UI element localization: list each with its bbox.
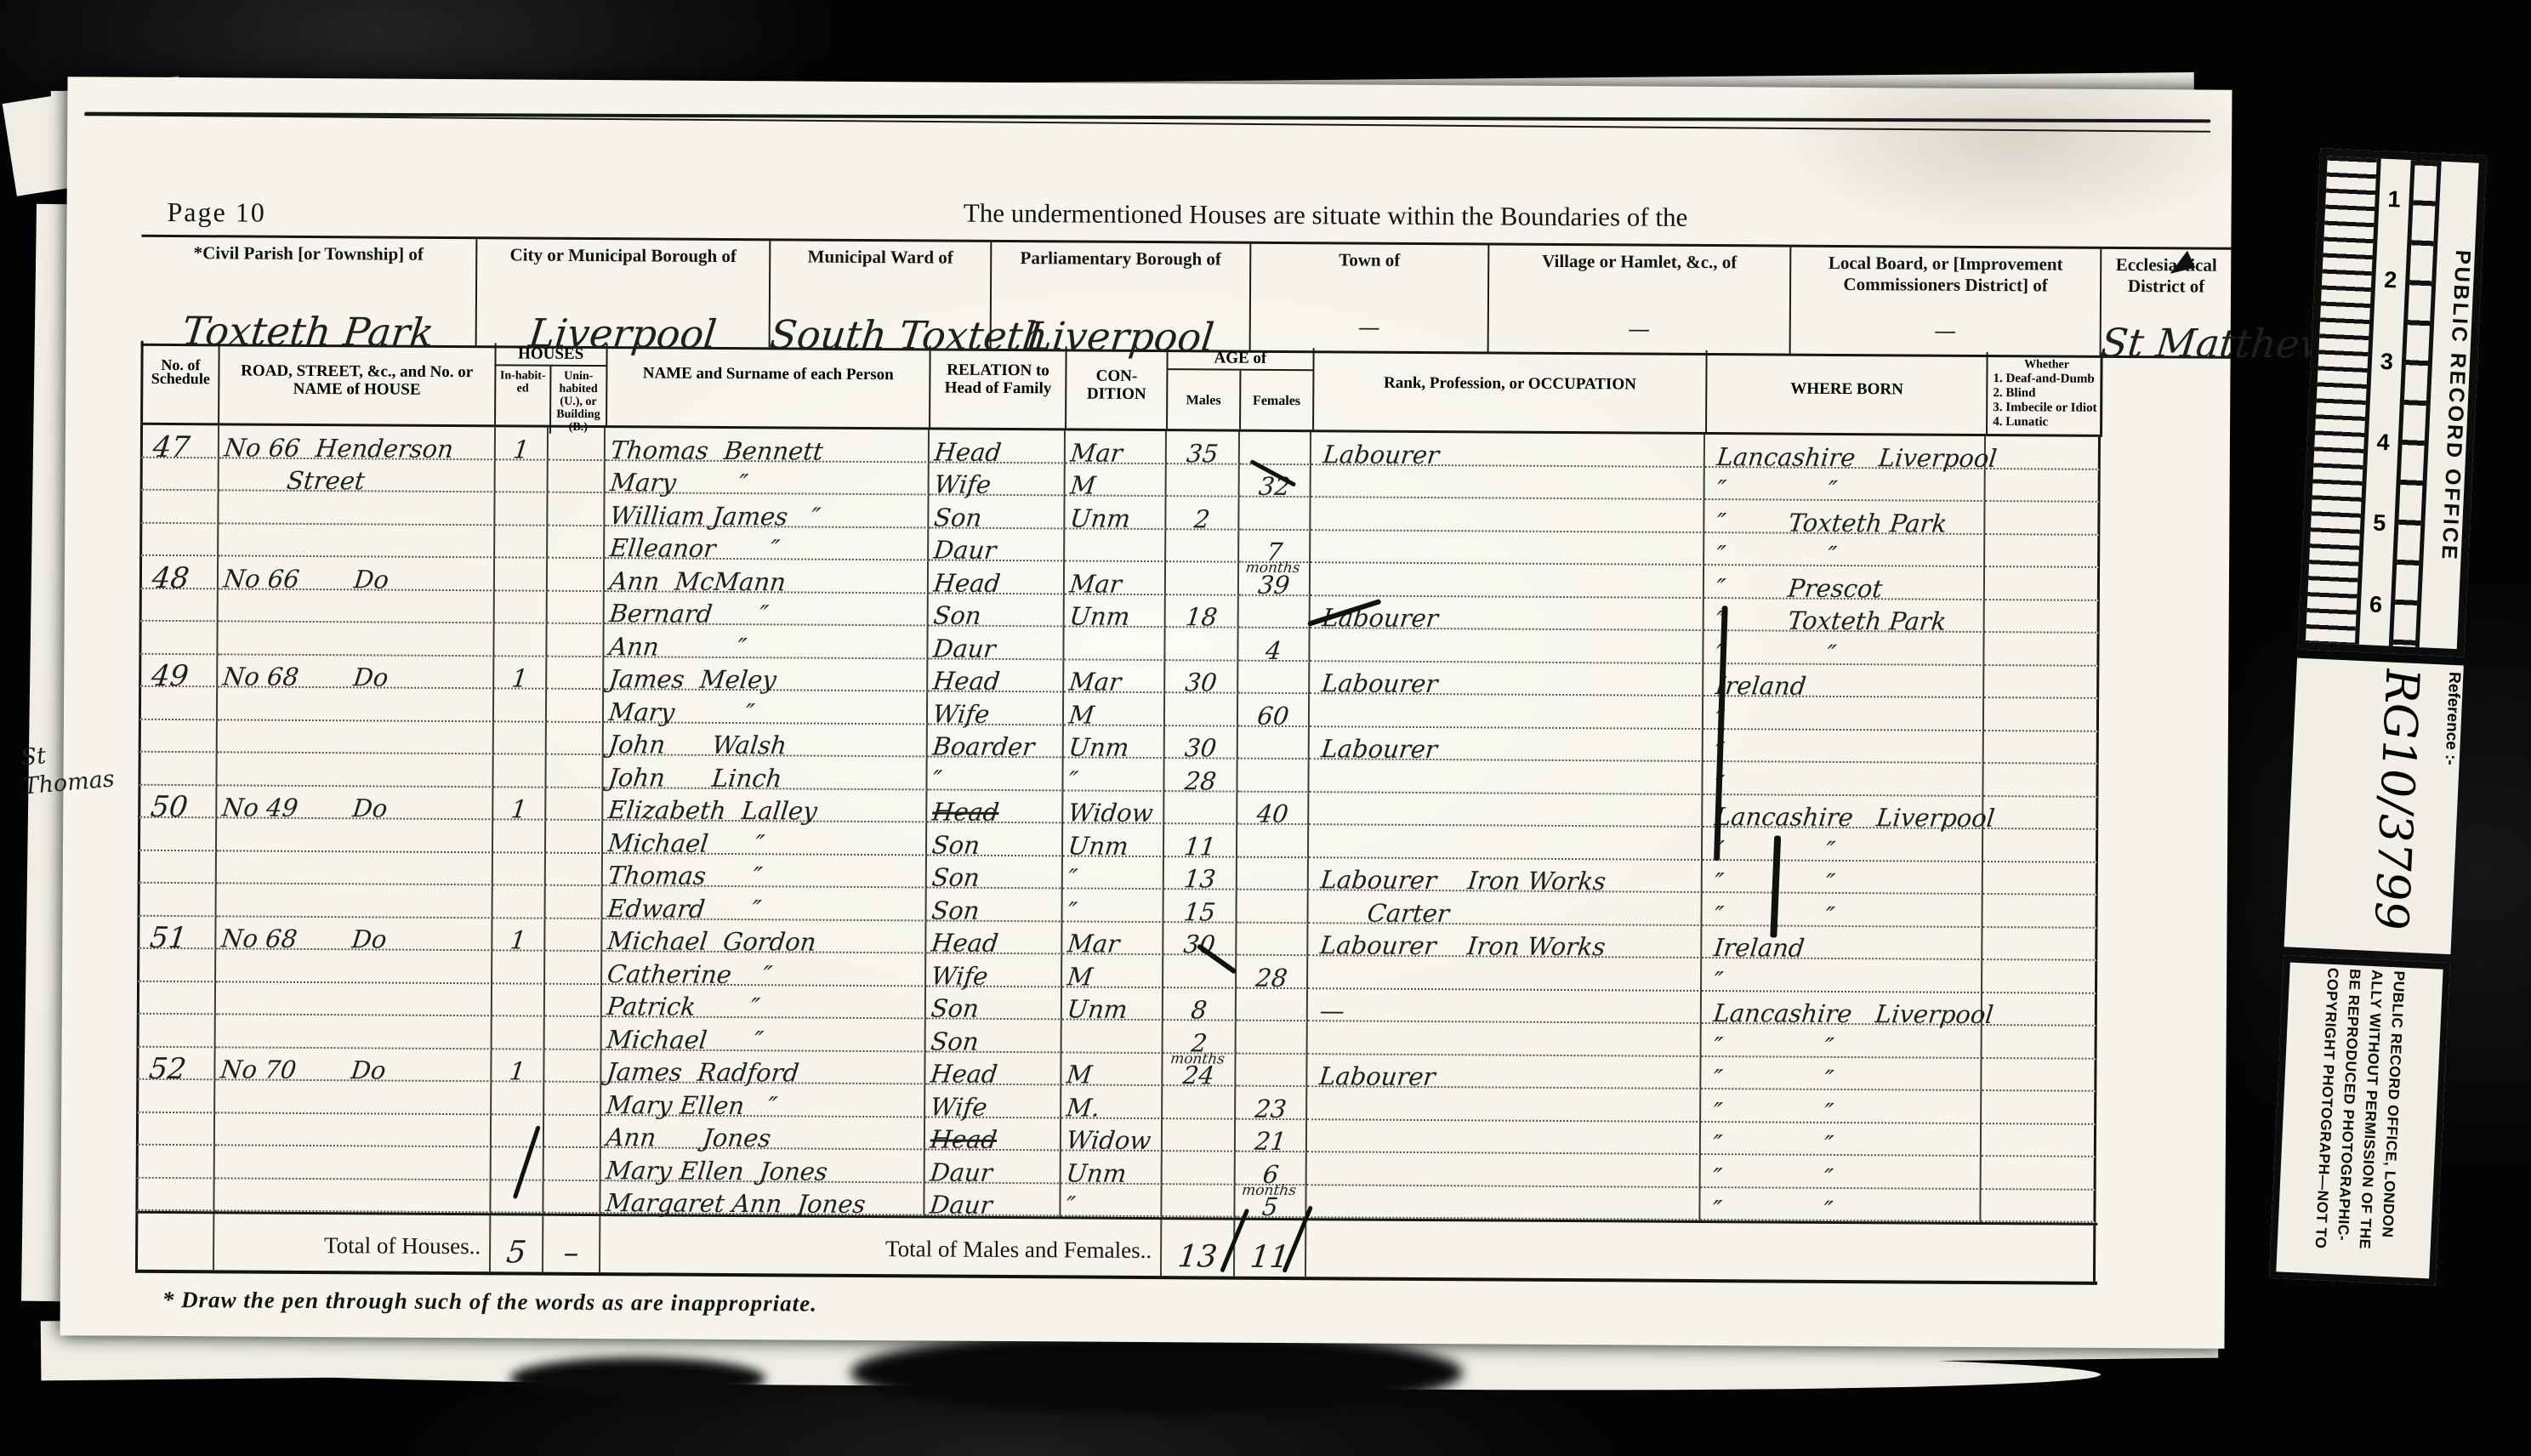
cell — [547, 722, 604, 755]
cell: 47 — [140, 425, 219, 458]
cell — [549, 428, 606, 461]
ruler-number: 4 — [2376, 429, 2390, 457]
pro-ruler: 123456 PUBLIC RECORD OFFICE — [2298, 148, 2488, 657]
occupation-cell: Labourer — [1307, 1055, 1701, 1089]
cell — [546, 886, 603, 919]
cell: No 66 Do — [219, 556, 495, 590]
name-cell: John Linch — [603, 755, 927, 790]
pro-label-strip: 123456 PUBLIC RECORD OFFICE RG10/3799 Re… — [2269, 148, 2487, 1286]
born-cell: Ireland — [1703, 664, 1984, 699]
ruler-number: 3 — [2380, 349, 2393, 376]
cell: M — [1062, 954, 1163, 987]
cell: 1 — [492, 1049, 544, 1083]
name-cell: Ann ″ — [604, 624, 928, 659]
cell — [545, 952, 602, 985]
relation-cell: Wife — [925, 1084, 1061, 1118]
cell — [138, 753, 217, 786]
cell — [1982, 1091, 2096, 1124]
born-cell: Lancashire Liverpool — [1705, 435, 1986, 469]
cell — [1982, 960, 2097, 993]
cell — [544, 1049, 601, 1083]
cell — [217, 753, 493, 787]
cell — [1981, 1190, 2096, 1223]
cell — [139, 491, 219, 524]
relation-cell: Wife — [926, 953, 1062, 987]
occupation-cell: Labourer Iron Works — [1309, 858, 1703, 893]
cell — [546, 788, 603, 821]
cell: ″ — [1063, 758, 1164, 791]
relation-cell: Daur — [929, 528, 1065, 561]
cell — [543, 1180, 600, 1214]
total-houses-inhabited: 5 — [491, 1215, 543, 1271]
cell: 28 — [1164, 759, 1237, 792]
name-cell: Mary Ellen ″ — [601, 1083, 925, 1118]
cell — [1982, 1059, 2096, 1092]
cell: 35 — [1167, 431, 1240, 464]
cell: Mar — [1062, 922, 1163, 955]
cell — [1065, 529, 1166, 562]
occupation-cell — [1308, 1021, 1702, 1056]
relation-cell: Son — [926, 1019, 1062, 1052]
cell: M — [1064, 692, 1165, 725]
cell — [1984, 633, 2099, 666]
cell: 49 — [139, 654, 218, 687]
cell — [217, 851, 493, 885]
cell — [1236, 1054, 1307, 1087]
cell — [546, 821, 603, 854]
cell — [548, 591, 605, 624]
cell: 32 — [1240, 464, 1311, 498]
occupation-cell: Labourer — [1310, 662, 1703, 697]
cell: 23 — [1236, 1087, 1307, 1120]
census-form: Page 10 The undermentioned Houses are si… — [60, 77, 2232, 1349]
scan-smudge — [510, 1357, 765, 1400]
cell: ″ — [1063, 856, 1164, 890]
relation-cell: Daur — [928, 626, 1064, 659]
cell — [1983, 829, 2098, 862]
pro-copyright-box: COPYRIGHT PHOTOGRAPH—NOT TOBE REPRODUCED… — [2269, 955, 2450, 1286]
cell — [548, 559, 605, 592]
cell — [137, 981, 216, 1015]
page-number: Page 10 — [167, 196, 265, 229]
cell — [216, 982, 492, 1016]
cell: Unm — [1062, 987, 1163, 1021]
relation-cell: Head — [929, 560, 1065, 594]
cell — [216, 1015, 492, 1049]
relation-cell: Wife — [928, 691, 1064, 725]
relation-cell: Daur — [925, 1150, 1061, 1183]
cell — [549, 460, 606, 493]
name-cell: Michael ″ — [603, 821, 927, 856]
cell: 2months — [1163, 1021, 1237, 1054]
cell: 8 — [1163, 988, 1237, 1021]
cell — [1062, 1020, 1163, 1053]
cell — [1985, 567, 2100, 600]
relation-cell: Son — [926, 987, 1062, 1020]
cell — [1985, 502, 2100, 535]
district-cell: Parliamentary Borough ofLiverpool — [992, 242, 1252, 350]
cell: Street — [219, 458, 496, 492]
name-cell: Bernard ″ — [605, 592, 929, 627]
cell — [1982, 1124, 2096, 1157]
occupation-cell — [1307, 1087, 1701, 1122]
occupation-cell — [1310, 628, 1703, 663]
born-cell: ″ Toxteth Park — [1704, 599, 1985, 634]
relation-cell: Daur — [924, 1183, 1061, 1216]
cell — [547, 657, 604, 690]
cell — [1237, 857, 1309, 890]
name-cell: Elleanor ″ — [605, 526, 929, 561]
cell — [217, 884, 493, 918]
cell — [1982, 993, 2097, 1027]
occupation-cell — [1310, 694, 1703, 729]
scan-smudge — [850, 1332, 1463, 1413]
cell: 13 — [1164, 857, 1237, 890]
cell — [136, 1146, 215, 1179]
cell — [1986, 469, 2101, 503]
cell: 21 — [1236, 1119, 1307, 1152]
cell — [548, 526, 605, 559]
cell — [215, 1080, 492, 1114]
name-cell: James Meley — [604, 657, 928, 692]
cell — [544, 1148, 601, 1181]
cell: 52 — [136, 1047, 215, 1080]
relation-cell: Head — [930, 429, 1066, 463]
cell — [214, 1179, 491, 1213]
cell — [493, 853, 546, 886]
cell: Widow — [1063, 791, 1164, 824]
cell: Unm — [1063, 823, 1164, 856]
cell — [1983, 797, 2098, 830]
cell — [1983, 764, 2098, 797]
born-cell: ″ ″ — [1702, 893, 1982, 928]
cell — [139, 622, 218, 655]
ruler-number: 2 — [2384, 267, 2397, 294]
cell — [1162, 1185, 1235, 1218]
cell: Mar — [1065, 561, 1166, 594]
name-cell: Edward ″ — [603, 886, 927, 921]
cell — [1237, 825, 1309, 858]
district-cell: Village or Hamlet, &c., of— — [1489, 245, 1792, 353]
name-cell: Michael Gordon — [602, 919, 926, 954]
cell — [494, 722, 547, 755]
cell — [1984, 731, 2099, 765]
cell: 1 — [494, 657, 547, 690]
cell — [218, 687, 494, 721]
born-cell: Lancashire Liverpool — [1703, 795, 1983, 830]
cell — [136, 1112, 215, 1146]
pro-reference: RG10/3799 Reference :- — [2284, 658, 2464, 955]
name-cell: Thomas Bennett — [606, 428, 930, 463]
cell — [1237, 890, 1308, 924]
name-cell: Ann McMann — [605, 559, 929, 594]
cell — [219, 589, 495, 623]
cell — [548, 493, 605, 526]
cell: 30 — [1165, 661, 1238, 694]
column-header: WHERE BORN — [1707, 350, 1988, 434]
born-cell: ″ — [1702, 958, 1982, 993]
district-cell: Local Board, or [Improvement Commissione… — [1791, 247, 2102, 355]
cell — [544, 1115, 601, 1148]
cell — [1985, 600, 2100, 634]
cell — [545, 1017, 602, 1050]
name-cell: James Radford — [601, 1050, 925, 1085]
occupation-cell — [1309, 759, 1703, 794]
census-rows: 47No 66 Henderson1Thomas BennettHeadMar3… — [135, 425, 2102, 1226]
name-cell: Patrick ″ — [602, 985, 926, 1020]
cell — [1237, 759, 1309, 793]
relation-cell: Head — [925, 1052, 1061, 1085]
relation-cell: Wife — [930, 463, 1066, 496]
name-cell: Catherine ″ — [602, 952, 926, 987]
cell — [494, 623, 547, 657]
cell: M — [1061, 1053, 1163, 1086]
cell — [1982, 928, 2097, 961]
cell: No 68 Do — [216, 917, 492, 951]
cell — [495, 526, 548, 559]
cell — [546, 755, 603, 788]
reference-number: RG10/3799 — [2284, 659, 2430, 951]
ruler-number: 5 — [2373, 510, 2386, 537]
cell — [1167, 464, 1240, 498]
cell — [1984, 698, 2099, 731]
cell — [1239, 498, 1311, 531]
cell: M. — [1061, 1085, 1163, 1118]
ruler-number: 1 — [2387, 186, 2401, 213]
cell: Mar — [1066, 430, 1167, 464]
relation-cell: Son — [927, 822, 1063, 856]
born-cell: Lancashire Liverpool — [1702, 991, 1982, 1026]
occupation-cell — [1309, 793, 1703, 828]
born-cell: ″ ″ — [1703, 631, 1984, 666]
cell — [1163, 1152, 1236, 1185]
totals-spacer-right — [1306, 1220, 2096, 1282]
cell — [494, 689, 547, 722]
occupation-cell: — — [1308, 989, 1702, 1024]
cell: 6months — [1236, 1152, 1307, 1186]
cell — [1237, 1021, 1308, 1055]
cell — [1165, 693, 1238, 726]
relation-cell: Head — [926, 921, 1062, 954]
ruler-number: 6 — [2369, 591, 2382, 618]
occupation-cell — [1311, 498, 1704, 532]
born-cell: ″ ″ — [1701, 1089, 1982, 1124]
cell: 4 — [1238, 628, 1310, 662]
cell — [495, 492, 548, 526]
relation-cell: Boarder — [928, 725, 1064, 758]
cell — [1064, 627, 1165, 660]
column-header: Rank, Profession, or OCCUPATION — [1314, 348, 1708, 432]
cell — [138, 850, 217, 884]
cell — [1165, 628, 1238, 661]
cell — [218, 720, 494, 754]
district-cell: Town of— — [1251, 244, 1490, 352]
cell — [1166, 530, 1239, 563]
cell — [1982, 1157, 2096, 1190]
cell — [493, 885, 546, 919]
cell — [1164, 792, 1237, 825]
district-cell: City or Municipal Borough ofLiverpool — [477, 239, 771, 347]
cell — [496, 460, 549, 493]
cell — [493, 820, 546, 853]
cell — [1163, 1086, 1236, 1119]
cell — [1982, 895, 2097, 928]
cell — [495, 558, 548, 591]
column-header: Whether1. Deaf-and-Dumb2. Blind3. Imbeci… — [1988, 352, 2102, 435]
cell — [215, 1113, 492, 1147]
cell — [218, 622, 494, 656]
cell — [1983, 862, 2098, 896]
district-header: *Civil Parish [or Township] ofToxteth Pa… — [141, 235, 2232, 359]
cell — [545, 919, 602, 952]
census-table: No. of ScheduleROAD, STREET, &c., and No… — [135, 341, 2103, 1285]
cell — [1238, 726, 1310, 759]
occupation-cell — [1311, 563, 1704, 598]
relation-cell: Son — [927, 856, 1063, 889]
cell: 11 — [1164, 824, 1237, 857]
cell — [1986, 436, 2101, 469]
cell: Unm — [1064, 725, 1165, 759]
born-cell: ″ ″ — [1703, 861, 1983, 896]
cell — [137, 1015, 216, 1048]
cell — [219, 491, 495, 525]
cell — [492, 1016, 545, 1049]
cell: 51 — [137, 916, 216, 949]
name-cell: Elizabeth Lalley — [603, 788, 927, 823]
cell: Unm — [1065, 594, 1166, 628]
cell — [1985, 535, 2100, 568]
scanned-census-page: Page 10 The undermentioned Houses are si… — [0, 0, 2531, 1456]
cell: 1 — [496, 427, 549, 460]
occupation-cell: Labourer — [1311, 432, 1705, 467]
occupation-cell — [1311, 465, 1705, 500]
cell: Widow — [1061, 1118, 1163, 1152]
cell — [135, 1178, 214, 1211]
cell: 60 — [1238, 694, 1310, 727]
cell: Mar — [1064, 660, 1165, 693]
cell — [215, 1146, 492, 1180]
cell: No 68 Do — [218, 655, 494, 689]
born-cell: ″ Prescot — [1704, 566, 1985, 600]
cell: Unm — [1061, 1151, 1163, 1184]
name-cell: Ann Jones — [601, 1116, 925, 1151]
relation-cell: Head — [927, 790, 1063, 823]
cell — [139, 523, 219, 556]
cell: ″ — [1062, 889, 1163, 922]
district-cell: Municipal Ward ofSouth Toxteth — [771, 241, 992, 349]
cell — [1982, 1026, 2097, 1059]
cell — [138, 884, 217, 917]
relation-cell: Head — [925, 1118, 1061, 1151]
totals-spacer — [135, 1214, 214, 1271]
relation-cell: Son — [929, 594, 1065, 627]
cell — [492, 1147, 544, 1180]
occupation-cell — [1306, 1186, 1700, 1220]
cell: Unm — [1065, 496, 1166, 529]
born-cell: ″ — [1703, 762, 1983, 797]
margin-note: StThomas — [20, 736, 116, 801]
name-cell: John Walsh — [604, 723, 928, 758]
name-cell: William James ″ — [605, 493, 929, 528]
born-cell: ″ ″ — [1702, 1024, 1982, 1059]
occupation-cell: Labourer — [1310, 727, 1703, 762]
cell — [492, 984, 545, 1017]
relation-cell: Son — [929, 495, 1065, 528]
cell: 1 — [493, 788, 546, 821]
cell — [1239, 595, 1311, 628]
relation-cell: ″ — [927, 757, 1063, 790]
district-cell: *Civil Parish [or Township] ofToxteth Pa… — [141, 237, 478, 345]
born-cell: ″ — [1703, 730, 1984, 765]
cell — [1163, 1119, 1236, 1152]
cell: 40 — [1237, 792, 1309, 825]
cell — [1238, 661, 1310, 694]
relation-cell: Head — [928, 659, 1064, 692]
cell — [216, 949, 492, 983]
born-cell: Ireland — [1702, 925, 1982, 960]
born-cell: ″ ″ — [1701, 1122, 1982, 1157]
occupation-cell: Carter — [1308, 890, 1702, 925]
born-cell: ″ ″ — [1703, 828, 1983, 862]
cell — [217, 818, 493, 852]
born-cell: ″ — [1703, 697, 1984, 731]
cell: No 49 Do — [217, 786, 493, 820]
occupation-cell — [1309, 825, 1703, 860]
occupation-cell: Labourer Iron Works — [1308, 924, 1702, 958]
form-title: The undermentioned Houses are situate wi… — [857, 197, 1793, 234]
born-cell: ″ Toxteth Park — [1704, 500, 1985, 535]
name-cell: Mary ″ — [606, 461, 930, 496]
cell — [545, 984, 602, 1017]
cell — [546, 853, 603, 886]
cell — [492, 951, 545, 984]
cell: 50 — [138, 785, 217, 818]
cell — [1166, 562, 1239, 595]
cell — [547, 624, 604, 657]
name-cell: Michael ″ — [602, 1017, 926, 1052]
relation-cell: Son — [926, 888, 1062, 921]
occupation-cell — [1307, 1152, 1701, 1187]
cell — [1163, 955, 1237, 988]
born-cell: ″ ″ — [1701, 1056, 1982, 1091]
cell: 28 — [1237, 956, 1308, 989]
cell — [544, 1083, 601, 1116]
total-houses-uninhabited: – — [543, 1216, 600, 1272]
born-cell: ″ ″ — [1700, 1187, 1981, 1222]
born-cell: ″ ″ — [1701, 1155, 1982, 1190]
occupation-cell — [1307, 1120, 1701, 1155]
cell: 1 — [492, 919, 545, 952]
cell: 2 — [1166, 497, 1239, 530]
cell: M — [1066, 464, 1167, 497]
cell — [1984, 666, 2099, 699]
name-cell: Mary ″ — [604, 690, 928, 725]
name-cell: Margaret Ann Jones — [600, 1181, 924, 1216]
cell: ″ — [1061, 1184, 1162, 1217]
footnote: * Draw the pen through such of the words… — [162, 1287, 817, 1317]
total-houses-label: Total of Houses.. — [214, 1214, 491, 1271]
cell — [219, 524, 495, 558]
cell: No 66 Henderson — [219, 425, 496, 459]
name-cell: Mary Ellen Jones — [601, 1148, 925, 1183]
cell — [1237, 923, 1308, 956]
cell — [1237, 988, 1308, 1021]
cell — [139, 719, 218, 753]
total-mf-label: Total of Males and Females.. — [600, 1216, 1162, 1276]
name-cell: Thomas ″ — [603, 854, 927, 889]
cell: 48 — [139, 556, 219, 589]
cell — [547, 690, 604, 723]
